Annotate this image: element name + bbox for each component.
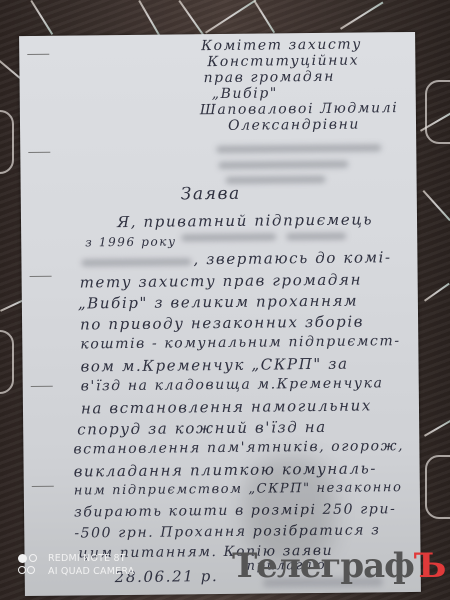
- publisher-logo-main: Телеграф: [232, 546, 414, 586]
- holographic-arc: [0, 330, 14, 394]
- body-line: з 1996 року: [85, 234, 177, 249]
- body-line: вом м.Кременчук „СКРП" за: [80, 355, 348, 376]
- addressee-line: Шаповаловоі Людмилі: [200, 100, 399, 118]
- holographic-arc: [425, 80, 450, 144]
- letter-paper: Комітет захисту Конституційних прав гром…: [19, 32, 421, 596]
- camera-model: REDMI NOTE 8T: [48, 552, 134, 565]
- redacted-text: [286, 233, 346, 241]
- camera-feature: AI QUAD CAMERA: [48, 565, 134, 578]
- body-line: споруд за кожний в'їзд на: [77, 418, 327, 439]
- addressee-line: Конституційних: [207, 53, 359, 71]
- body-line: встановлення пам'ятників, огорож,: [73, 438, 404, 457]
- body-line: Я, приватний підприємець: [117, 210, 373, 231]
- addressee-line: Олександрівни: [228, 117, 360, 134]
- redacted-text: [81, 258, 191, 266]
- document-title: Заява: [181, 184, 241, 205]
- body-line: збирають кошти в розмірі 250 гри-: [74, 501, 396, 520]
- body-line: на встановлення намогильних: [81, 396, 372, 417]
- margin-mark: [31, 386, 53, 387]
- margin-mark: [30, 276, 52, 277]
- addressee-line: „Вибір": [212, 85, 278, 102]
- margin-mark: [28, 152, 50, 153]
- addressee-line: прав громадян: [203, 69, 335, 86]
- publisher-logo-accent: Ъ: [414, 546, 446, 586]
- margin-mark: [32, 486, 54, 487]
- body-line: викладання плиткою комуналь-: [74, 459, 378, 480]
- body-line: тету захисту прав громадян: [80, 271, 363, 292]
- addressee-line: Комітет захисту: [201, 36, 362, 54]
- publisher-logo: ТелеграфЪ: [232, 546, 445, 586]
- body-line: „Вибір" з великим проханням: [78, 292, 358, 313]
- camera-logo-icon: [18, 552, 40, 578]
- holographic-arc: [425, 455, 450, 519]
- margin-mark: [27, 54, 49, 55]
- redacted-text: [218, 161, 348, 169]
- body-line: , звертаюсь до комі-: [193, 248, 391, 268]
- body-line: по приводу незаконних зборів: [80, 312, 364, 333]
- body-line: в'їзд на кладовища м.Кременчука: [81, 375, 384, 394]
- redacted-text: [216, 144, 381, 153]
- holographic-arc: [0, 110, 14, 174]
- body-line: коштів - комунальним підприємст-: [80, 333, 401, 352]
- body-line: ним підприємством „СКРП" незаконно: [74, 480, 403, 498]
- redacted-text: [181, 233, 276, 241]
- redacted-text: [226, 176, 326, 184]
- camera-watermark: REDMI NOTE 8T AI QUAD CAMERA: [18, 552, 134, 578]
